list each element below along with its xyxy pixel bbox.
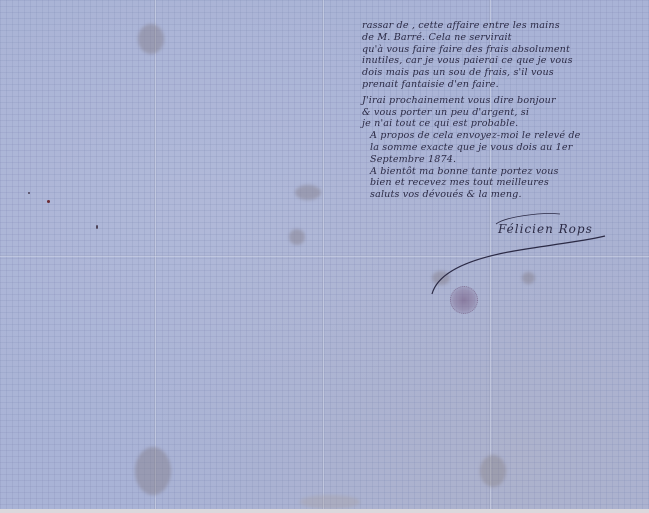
- page-bottom-edge: [0, 509, 649, 513]
- signature-flourish-icon: [0, 0, 649, 509]
- letter-page: rassar de , cette affaire entre les main…: [0, 0, 649, 509]
- seal-stamp-icon: [450, 286, 478, 314]
